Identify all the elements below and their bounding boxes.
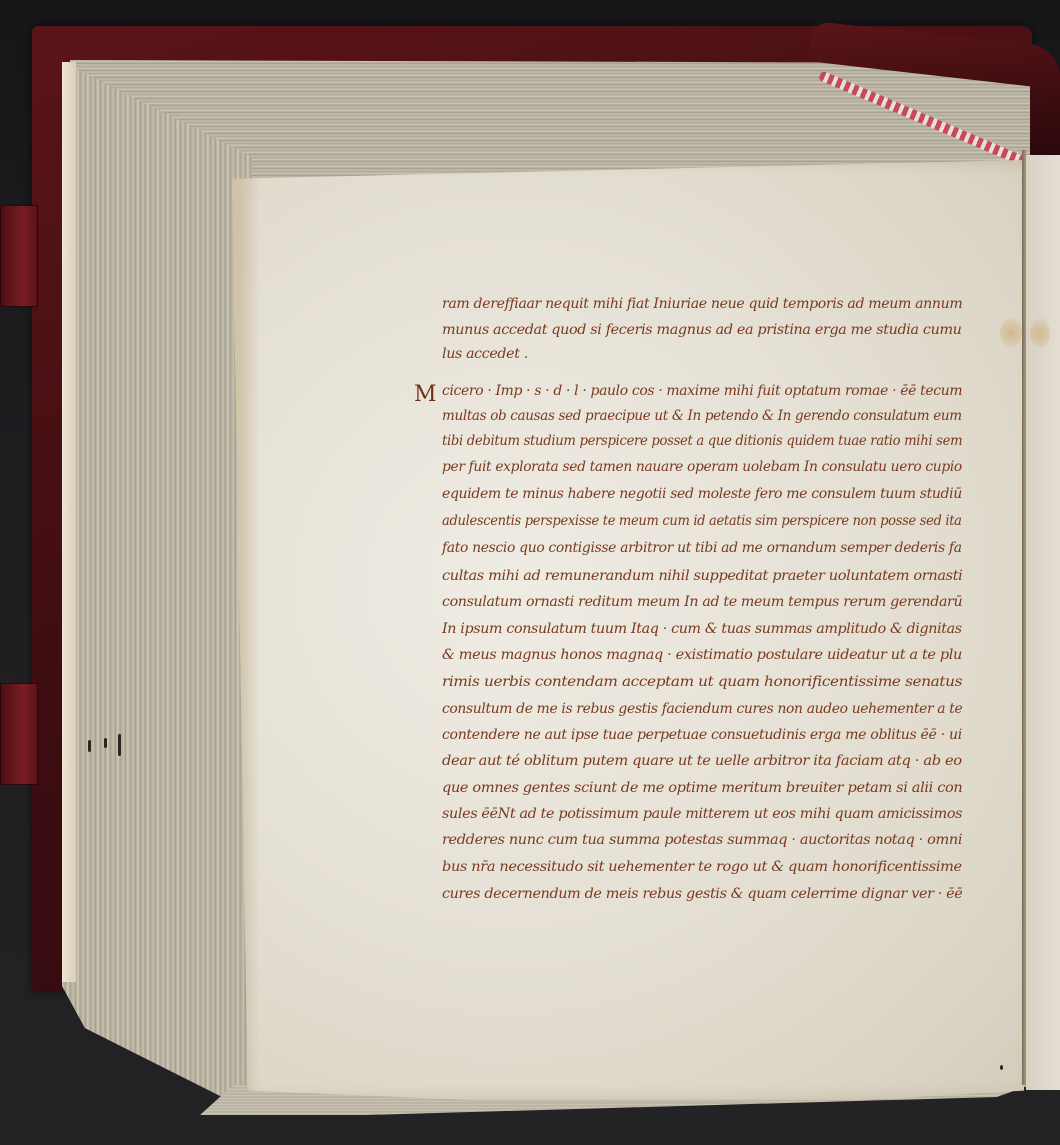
- text-line: munus accedat quod si feceris magnus ad …: [442, 322, 962, 338]
- edge-stain: [118, 734, 121, 756]
- edge-stain: [104, 738, 107, 748]
- text-line: dear aut té oblitum putem quare ut te ue…: [442, 753, 962, 769]
- text-line: rimis uerbis contendam acceptam ut quam …: [442, 674, 962, 690]
- text-line: fato nescio quo contigisse arbitror ut t…: [442, 540, 962, 556]
- text-line: cultas mihi ad remunerandum nihil supped…: [442, 568, 962, 584]
- text-line: consultum de me is rebus gestis faciendu…: [442, 701, 962, 717]
- text-line: ram dereffiaar nequit mihi fiat Iniuriae…: [442, 296, 962, 312]
- edge-stain: [88, 740, 91, 752]
- text-line: sules ēēNt ad te potissimum paule mitter…: [442, 806, 962, 822]
- flyleaf-edge: [62, 62, 76, 982]
- fore-edge-of-leaves: [62, 62, 252, 1112]
- text-line: consulatum ornasti reditum meum In ad te…: [442, 594, 962, 610]
- text-line: que omnes gentes sciunt de me optime mer…: [442, 780, 962, 796]
- text-line: equidem te minus habere negotii sed mole…: [442, 486, 962, 502]
- recto-page-edge: [1026, 155, 1060, 1090]
- text-line: contendere ne aut ipse tuae perpetuae co…: [442, 727, 962, 743]
- text-line: tibi debitum studium perspicere posset a…: [442, 433, 962, 449]
- foxing-stain: [1030, 318, 1050, 348]
- initial-letter: M: [414, 382, 437, 407]
- clasp-strap-lower: [0, 683, 38, 785]
- text-line: In ipsum consulatum tuum Itaq · cum & tu…: [442, 621, 962, 637]
- clasp-strap-upper: [0, 205, 38, 307]
- text-line: bus nr̄a necessitudo sit uehementer te r…: [442, 859, 962, 875]
- text-line: per fuit explorata sed tamen nauare oper…: [442, 459, 962, 475]
- text-line: lus accedet .: [442, 346, 528, 362]
- text-line: redderes nunc cum tua summa potestas sum…: [442, 832, 962, 848]
- text-line: multas ob causas sed praecipue ut & In p…: [442, 408, 962, 424]
- foxing-stain: [1000, 318, 1022, 348]
- ink-speck: [1000, 1065, 1003, 1070]
- text-line: cures decernendum de meis rebus gestis &…: [442, 886, 962, 902]
- text-line: & meus magnus honos magnaq · existimatio…: [442, 647, 962, 663]
- text-line: adulescentis perspexisse te meum cum id …: [442, 513, 962, 529]
- text-line: cicero · Imp · s · d · l · paulo cos · m…: [442, 383, 962, 399]
